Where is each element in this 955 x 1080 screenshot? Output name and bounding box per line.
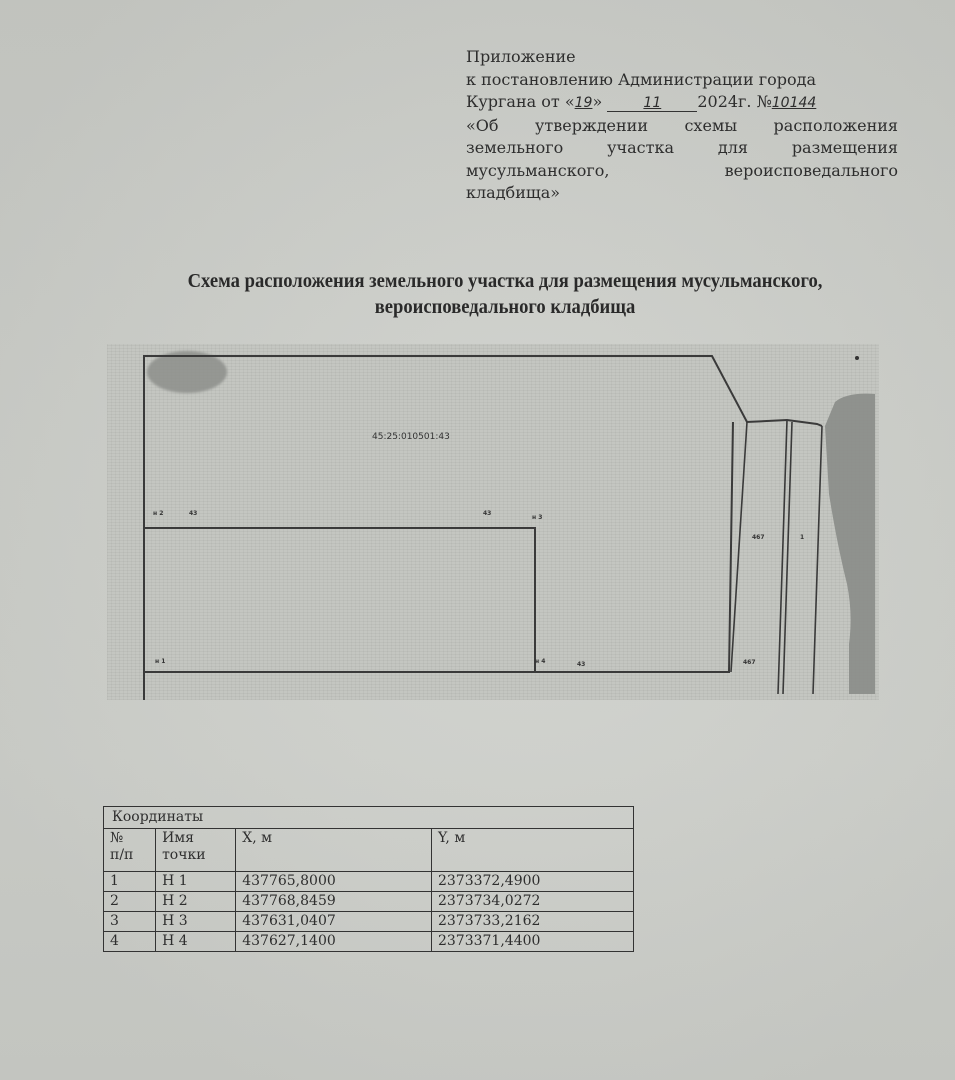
appendix-header: Приложение к постановлению Администрации… [466, 46, 898, 205]
handwritten-month-field: 11 [607, 94, 697, 112]
parcel-label-467-a: 467 [752, 534, 765, 541]
appendix-date-line: Кургана от «19» 112024г. №10144 [466, 91, 898, 115]
parcel-label-43-c: 43 [577, 661, 585, 668]
point-label-n4: н 4 [535, 658, 545, 665]
table-caption: Координаты [104, 807, 634, 829]
new-plot-boundary [144, 528, 535, 672]
land-plot-scheme-map: 45:25:010501:43 н 2 43 43 н 3 н 1 н 4 43… [107, 344, 879, 700]
year-text: 2024г. № [697, 92, 771, 111]
handwritten-day: 19 [575, 95, 593, 111]
point-name: Н 1 [156, 872, 236, 892]
appendix-subject-line-1: «Об утверждении схемы расположения [466, 115, 898, 138]
appendix-label: Приложение [466, 46, 898, 69]
point-name: Н 3 [156, 912, 236, 932]
adjacent-area-shading [825, 394, 875, 694]
point-label-n2: н 2 [153, 510, 163, 517]
document-title: Схема расположения земельного участка дл… [128, 268, 881, 320]
point-label-n3: н 3 [532, 514, 542, 521]
x-coordinate: 437765,8000 [236, 872, 432, 892]
x-coordinate: 437768,8459 [236, 892, 432, 912]
point-label-n1: н 1 [155, 658, 165, 665]
parcel-label-1: 1 [800, 534, 804, 541]
table-row: 2 Н 2 437768,8459 2373734,0272 [104, 892, 634, 912]
point-name: Н 4 [156, 932, 236, 952]
map-drawing [107, 344, 879, 700]
x-coordinate: 437631,0407 [236, 912, 432, 932]
row-number: 1 [104, 872, 156, 892]
title-line-2: вероисповедального кладбища [128, 294, 881, 320]
parcel-label-43-b: 43 [483, 510, 491, 517]
row-number: 4 [104, 932, 156, 952]
row-number: 3 [104, 912, 156, 932]
x-coordinate: 437627,1400 [236, 932, 432, 952]
y-coordinate: 2373371,4400 [431, 932, 633, 952]
appendix-subject-line-4: кладбища» [466, 182, 898, 205]
row-number: 2 [104, 892, 156, 912]
stamp-blot [147, 351, 227, 393]
coordinates-table: Координаты №п/п Имяточки X, м Y, м 1 Н 1… [103, 806, 634, 952]
table-row: 4 Н 4 437627,1400 2373371,4400 [104, 932, 634, 952]
y-coordinate: 2373734,0272 [431, 892, 633, 912]
header-y: Y, м [431, 829, 633, 872]
table-row: 1 Н 1 437765,8000 2373372,4900 [104, 872, 634, 892]
date-quote: » [592, 92, 602, 111]
cadastral-number-label: 45:25:010501:43 [372, 432, 450, 442]
appendix-subject-line-3: мусульманского, вероисповедального [466, 160, 898, 183]
y-coordinate: 2373733,2162 [431, 912, 633, 932]
date-prefix: Кургана от « [466, 92, 575, 111]
header-number: №п/п [104, 829, 156, 872]
handwritten-month: 11 [643, 95, 661, 111]
handwritten-number: 10144 [772, 95, 817, 111]
table-row: 3 Н 3 437631,0407 2373733,2162 [104, 912, 634, 932]
table-header-row: №п/п Имяточки X, м Y, м [104, 829, 634, 872]
appendix-resolution-line: к постановлению Администрации города [466, 69, 898, 92]
header-point-name: Имяточки [156, 829, 236, 872]
parcel-label-43-a: 43 [189, 510, 197, 517]
appendix-subject-line-2: земельного участка для размещения [466, 137, 898, 160]
y-coordinate: 2373372,4900 [431, 872, 633, 892]
title-line-1: Схема расположения земельного участка дл… [128, 268, 881, 294]
point-name: Н 2 [156, 892, 236, 912]
parcel-label-467-b: 467 [743, 659, 756, 666]
header-x: X, м [236, 829, 432, 872]
